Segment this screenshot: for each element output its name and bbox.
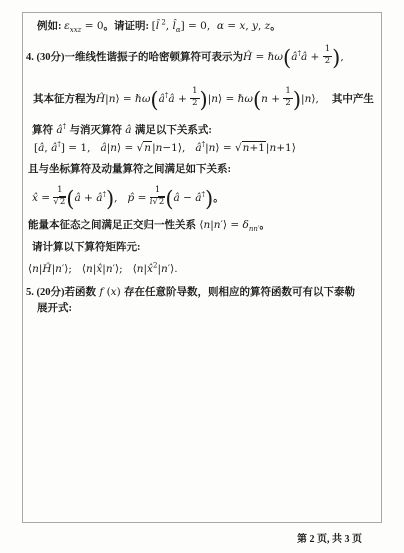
compute-matrix-elements-line: 请计算以下算符矩阵元:	[32, 240, 141, 256]
eigen-equation-line: 其本征方程为Ĥ|n⟩ = ℏω(â†â + 12)|n⟩ = ℏω(n + 12…	[33, 81, 374, 118]
orthonormality-line: 能量本征态之间满足正交归一性关系 ⟨n|n′⟩ = δnn′。	[28, 217, 270, 234]
operator-relations-intro: 算符 â† 与消灭算符 â 满足以下关系式:	[32, 122, 212, 139]
problem-4-heading: 4. (30分)一维线性谐振子的哈密顿算符可表示为Ĥ = ℏω(â†â + 12…	[26, 39, 344, 76]
coordinate-momentum-relations: x̂ = 1√2(â + â†), p̂ = 1i√2(â − â†)。	[32, 181, 224, 216]
commutation-relations: [â, â†] = 1, â|n⟩ = √n|n−1⟩, â†|n⟩ = √n+…	[34, 139, 296, 158]
page-border-frame: 例如: εxxz = 0。请证明: [l̂ 2, l̂α] = 0, α = x…	[22, 12, 382, 523]
problem-5-heading: 5. (20分)若函数 f (x) 存在任意阶导数，则相应的算符函数可有以下泰勒	[26, 284, 355, 301]
document-page: 例如: εxxz = 0。请证明: [l̂ 2, l̂α] = 0, α = x…	[0, 0, 404, 553]
example-line: 例如: εxxz = 0。请证明: [l̂ 2, l̂α] = 0, α = x…	[37, 17, 281, 36]
coordinate-momentum-intro: 且与坐标算符及动量算符之间满足如下关系:	[28, 162, 231, 178]
page-footer: 第 2 页, 共 3 页	[250, 533, 362, 547]
problem-5-continuation: 展开式:	[37, 301, 72, 317]
matrix-elements-list: ⟨n|Ĥ|n′⟩; ⟨n|x̂|n′⟩; ⟨n|x̂2|n′⟩.	[28, 259, 178, 280]
